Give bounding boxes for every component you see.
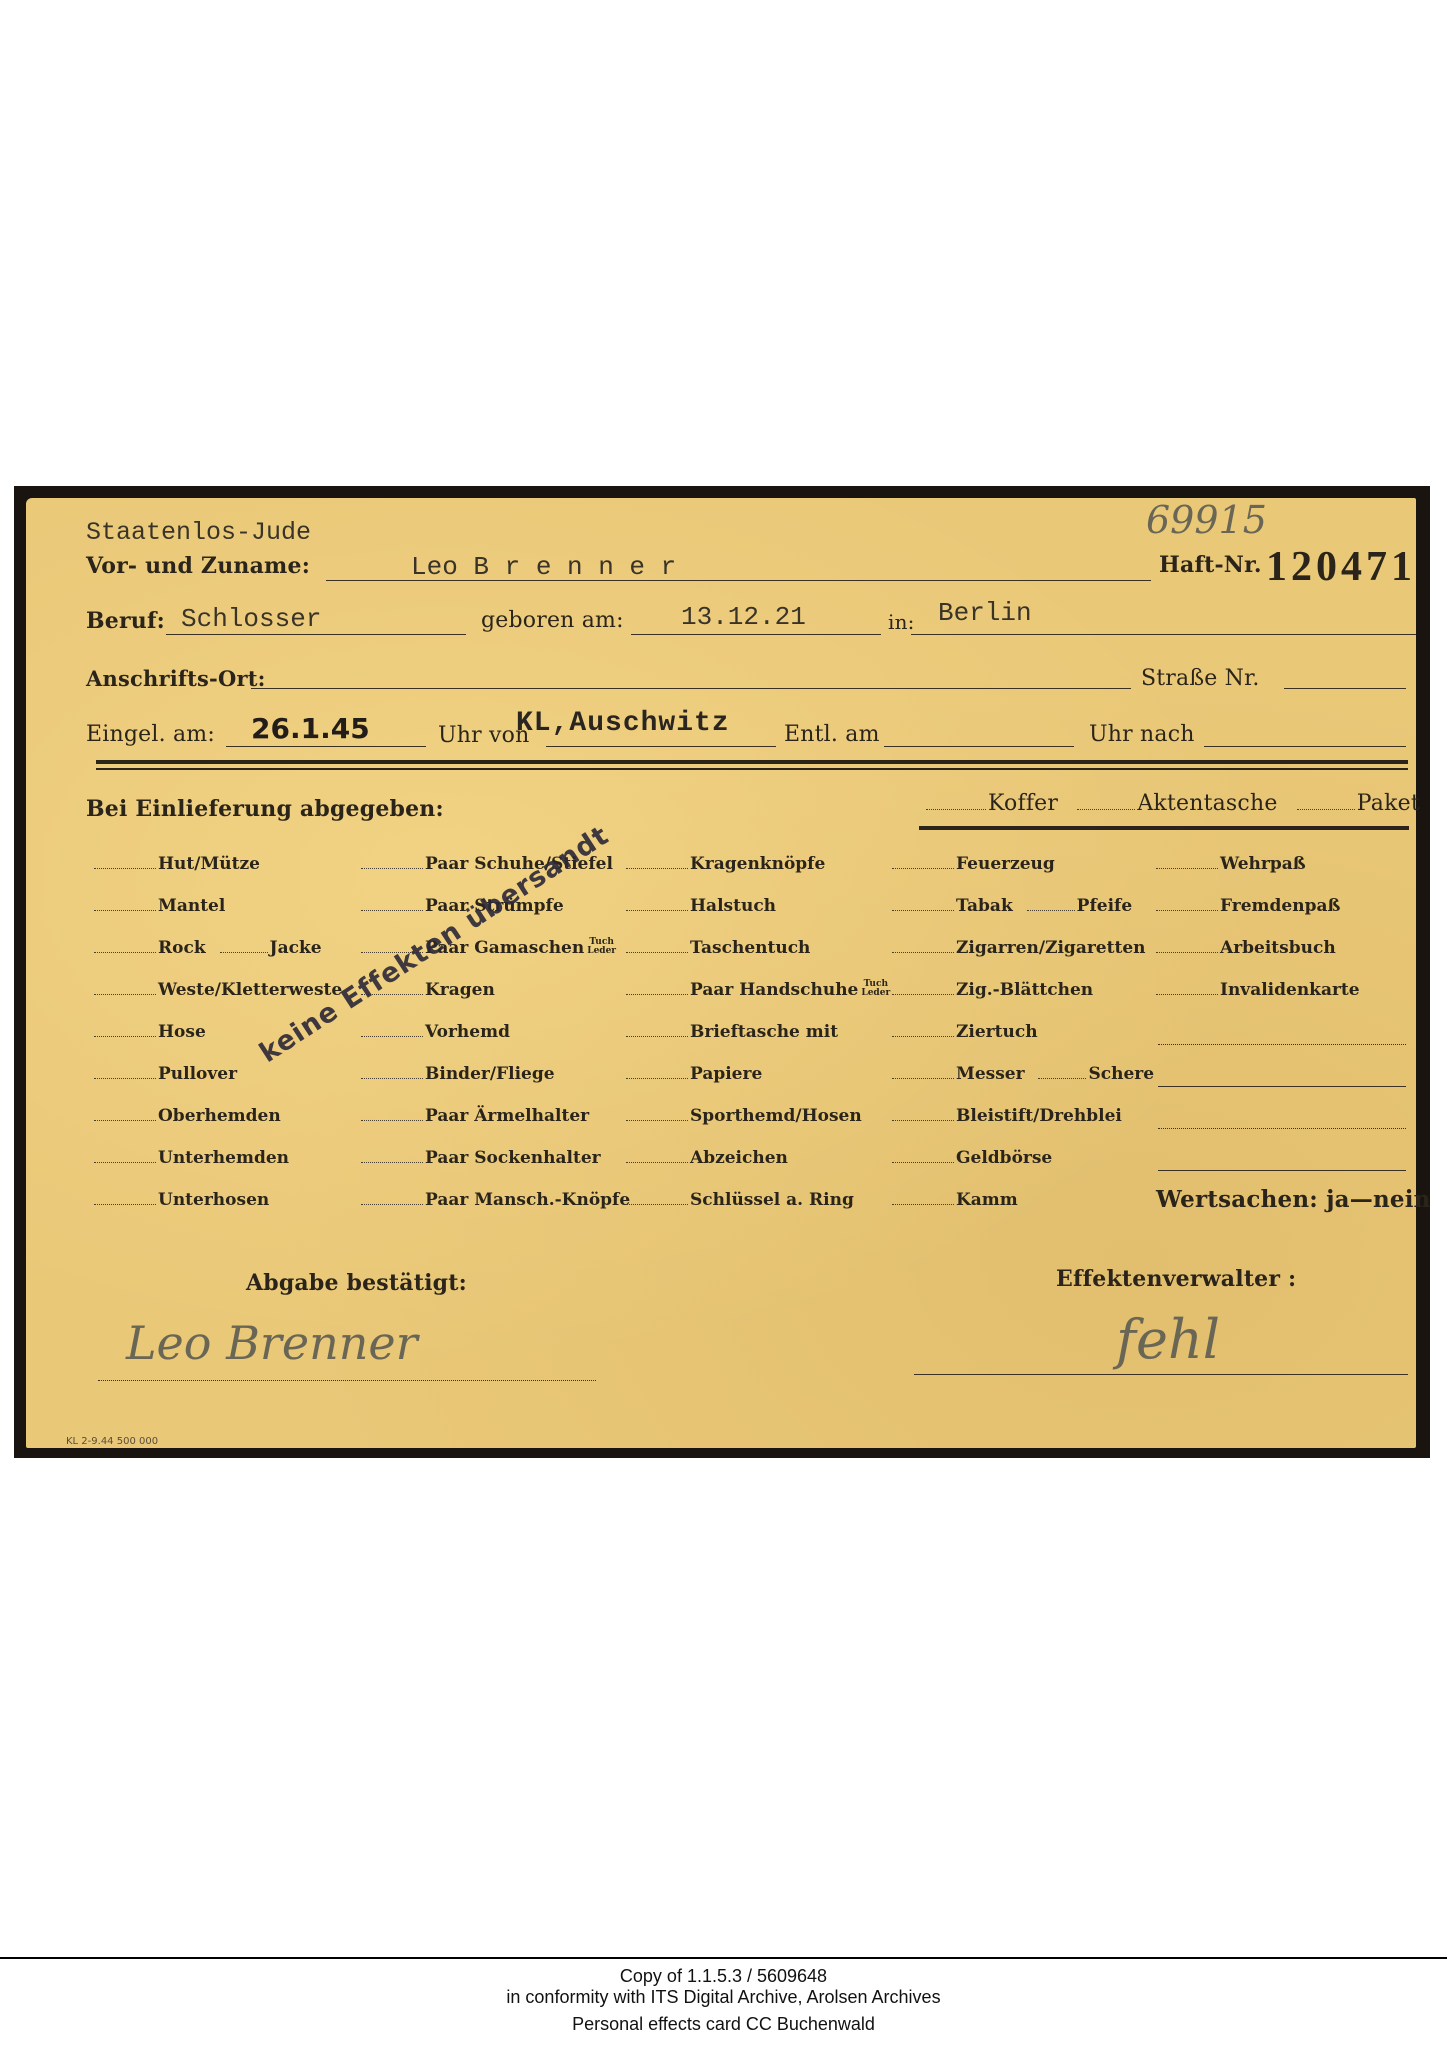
item-ziertuch: Ziertuch (892, 1022, 1038, 1042)
to-line (1204, 746, 1406, 747)
item-feuerzeug: Feuerzeug (892, 854, 1055, 874)
containers-underline (919, 826, 1409, 830)
footer-conformity: in conformity with ITS Digital Archive, … (0, 1987, 1447, 2008)
item-zigarren: Zigarren/Zigaretten (892, 938, 1146, 958)
item-vorhemd: Vorhemd (361, 1022, 510, 1042)
item-mantel: Mantel (94, 896, 225, 916)
item-kragenknoepfe: Kragenknöpfe (626, 854, 825, 874)
footer-divider (0, 1957, 1447, 1959)
item-papiere: Papiere (626, 1064, 762, 1084)
handwritten-number: 69915 (1146, 498, 1267, 542)
item-hose: Hose (94, 1022, 206, 1042)
item-aermelhalter: Paar Ärmelhalter (361, 1106, 589, 1126)
blank-line-2 (1158, 1086, 1406, 1087)
header-divider-thin (96, 768, 1408, 770)
item-rock: Rock Jacke (94, 938, 322, 958)
item-unterhemden: Unterhemden (94, 1148, 289, 1168)
containers-row: Koffer Aktentasche Paket (926, 791, 1420, 816)
item-halstuch: Halstuch (626, 896, 776, 916)
item-zigblaettchen: Zig.-Blättchen (892, 980, 1093, 1000)
deposited-label: Bei Einlieferung abgegeben: (86, 796, 444, 822)
name-label: Vor- und Zuname: (86, 553, 310, 579)
scanned-card-frame: Staatenlos-Jude 69915 Vor- und Zuname: L… (14, 486, 1430, 1458)
time-to-label: Uhr nach (1089, 722, 1195, 747)
container-paket: Paket (1357, 791, 1420, 816)
header-divider (96, 760, 1408, 764)
street-label: Straße Nr. (1141, 666, 1260, 691)
item-handschuhe: Paar HandschuheTuchLeder (626, 980, 890, 1000)
item-unterhosen: Unterhosen (94, 1190, 269, 1210)
admitted-line (226, 746, 426, 747)
occupation-line (166, 634, 466, 635)
item-manschknoepfe: Paar Mansch.-Knöpfe (361, 1190, 630, 1210)
item-oberhemden: Oberhemden (94, 1106, 281, 1126)
born-value: 13.12.21 (681, 602, 806, 632)
item-brieftasche: Brieftasche mit (626, 1022, 838, 1042)
prisoner-signature: Leo Brenner (126, 1316, 418, 1370)
birthplace-line (911, 634, 1416, 635)
item-sockenhalter: Paar Sockenhalter (361, 1148, 601, 1168)
item-hut: Hut/Mütze (94, 854, 260, 874)
from-line (546, 746, 776, 747)
form-code: KL 2-9.44 500 000 (66, 1436, 158, 1447)
item-weste: Weste/Kletterweste (94, 980, 342, 1000)
item-taschentuch: Taschentuch (626, 938, 810, 958)
name-value: Leo B r e n n e r (411, 552, 676, 582)
blank-line-4 (1158, 1170, 1406, 1171)
container-aktentasche: Aktentasche (1137, 791, 1277, 816)
clerk-signature-line (914, 1374, 1408, 1375)
item-pullover: Pullover (94, 1064, 237, 1084)
item-arbeitsbuch: Arbeitsbuch (1156, 938, 1336, 958)
prisoner-no-value: 120471 (1266, 543, 1416, 591)
item-sporthemd: Sporthemd/Hosen (626, 1106, 862, 1126)
item-wehrpass: Wehrpaß (1156, 854, 1306, 874)
prisoner-signature-line (98, 1380, 596, 1381)
address-line (251, 688, 1131, 689)
item-kamm: Kamm (892, 1190, 1018, 1210)
container-koffer: Koffer (988, 791, 1058, 816)
occupation-label: Beruf: (86, 608, 165, 634)
released-line (884, 746, 1074, 747)
blank-line-1 (1158, 1044, 1406, 1045)
occupation-value: Schlosser (181, 604, 321, 634)
street-line (1284, 688, 1406, 689)
from-value: KL,Auschwitz (516, 708, 730, 739)
item-fremdenpass: Fremdenpaß (1156, 896, 1340, 916)
born-label: geboren am: (481, 608, 624, 633)
item-geldboerse: Geldbörse (892, 1148, 1052, 1168)
item-invalidenkarte: Invalidenkarte (1156, 980, 1360, 1000)
clerk-label: Effektenverwalter : (1056, 1266, 1296, 1292)
born-line (631, 634, 881, 635)
valuables-label: Wertsachen: ja—nein (1156, 1186, 1431, 1213)
footer-copy-ref: Copy of 1.1.5.3 / 5609648 (0, 1966, 1447, 1987)
item-schluessel: Schlüssel a. Ring (626, 1190, 854, 1210)
admitted-label: Eingel. am: (86, 722, 215, 747)
confirm-label: Abgabe bestätigt: (246, 1270, 467, 1296)
clerk-signature: fehl (1116, 1308, 1220, 1371)
address-label: Anschrifts-Ort: (86, 666, 266, 691)
prisoner-no-label: Haft-Nr. (1159, 552, 1262, 578)
item-messer: Messer Schere (892, 1064, 1154, 1084)
birthplace-value: Berlin (938, 598, 1032, 628)
item-tabak: Tabak Pfeife (892, 896, 1132, 916)
released-label: Entl. am (784, 722, 880, 747)
item-bleistift: Bleistift/Drehblei (892, 1106, 1122, 1126)
personal-effects-card: Staatenlos-Jude 69915 Vor- und Zuname: L… (26, 498, 1416, 1448)
admitted-value: 26.1.45 (251, 712, 370, 745)
footer-description: Personal effects card CC Buchenwald (0, 2014, 1447, 2035)
item-abzeichen: Abzeichen (626, 1148, 788, 1168)
in-label: in: (888, 610, 915, 634)
category-stamp: Staatenlos-Jude (86, 518, 311, 547)
item-binder: Binder/Fliege (361, 1064, 555, 1084)
blank-line-3 (1158, 1128, 1406, 1129)
